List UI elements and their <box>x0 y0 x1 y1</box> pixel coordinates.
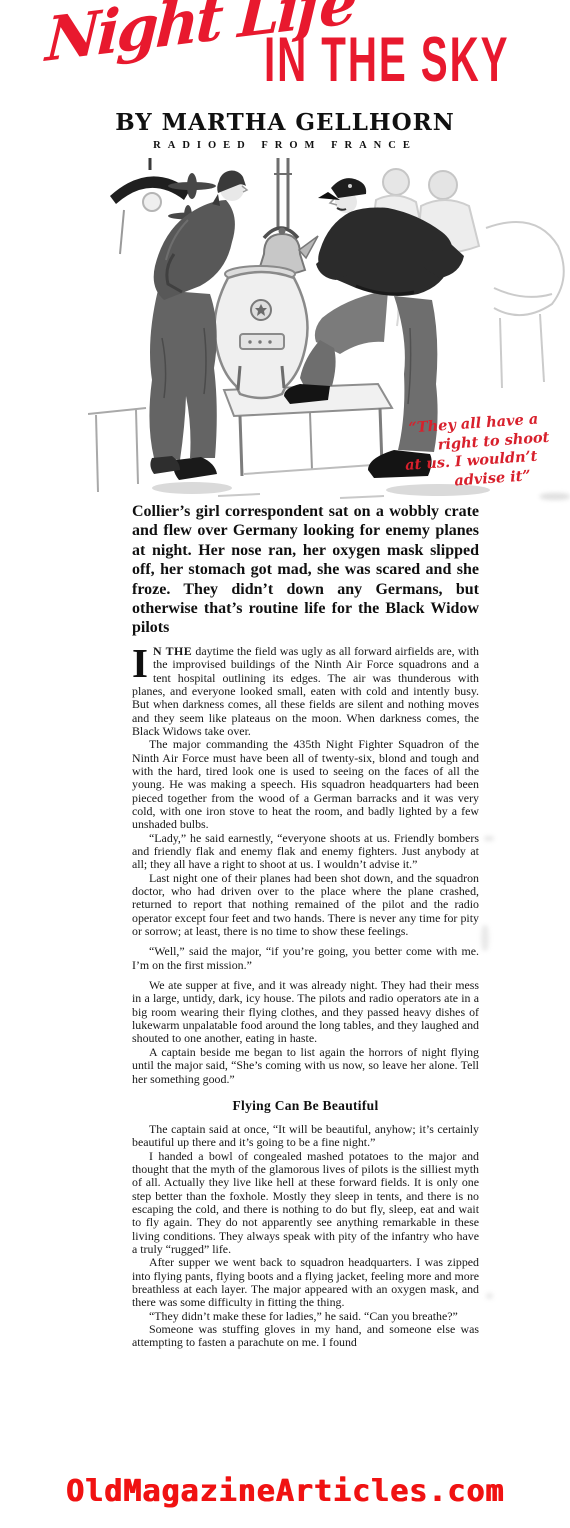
article-title-caps: IN THE SKY <box>264 24 509 96</box>
article-paragraph: “Lady,” he said earnestly, “everyone sho… <box>132 832 479 872</box>
stovepipe <box>274 158 292 228</box>
article-column: Collier’s girl correspondent sat on a wo… <box>132 502 479 1468</box>
article-paragraph: “They didn’t make these for ladies,” he … <box>132 1310 479 1323</box>
article-paragraph: The captain said at once, “It will be be… <box>132 1123 479 1150</box>
byline: BY MARTHA GELLHORN <box>0 109 570 136</box>
paragraph-lead: N THE <box>153 644 192 658</box>
pull-quote: “They all have a right to shoot at us. I… <box>402 408 570 494</box>
article-body-1: IN THE daytime the field was ugly as all… <box>132 645 479 1086</box>
article-deck: Collier’s girl correspondent sat on a wo… <box>132 502 479 638</box>
article-paragraph: A captain beside me began to list again … <box>132 1046 479 1086</box>
article-body-2: The captain said at once, “It will be be… <box>132 1123 479 1350</box>
article-paragraph: IN THE daytime the field was ugly as all… <box>132 645 479 738</box>
watermark-text: OldMagazineArticles.com <box>0 1474 570 1509</box>
article-paragraph: We ate supper at five, and it was alread… <box>132 979 479 1046</box>
section-heading: Flying Can Be Beautiful <box>132 1098 479 1114</box>
dateline: RADIOED FROM FRANCE <box>0 140 570 151</box>
article-paragraph: After supper we went back to squadron he… <box>132 1256 479 1309</box>
article-paragraph: “Well,” said the major, “if you’re going… <box>132 945 479 972</box>
drop-cap: I <box>132 647 148 680</box>
article-paragraph: Someone was stuffing gloves in my hand, … <box>132 1323 479 1350</box>
article-paragraph: The major commanding the 435th Night Fig… <box>132 738 479 831</box>
side-table <box>88 408 146 492</box>
article-paragraph: I handed a bowl of congealed mashed pota… <box>132 1150 479 1257</box>
scan-smudge <box>484 836 494 841</box>
scan-smudge <box>540 493 570 500</box>
ground-strokes <box>218 494 384 498</box>
scan-smudge <box>481 925 489 951</box>
scan-smudge <box>486 1293 493 1299</box>
article-paragraph: Last night one of their planes had been … <box>132 872 479 939</box>
